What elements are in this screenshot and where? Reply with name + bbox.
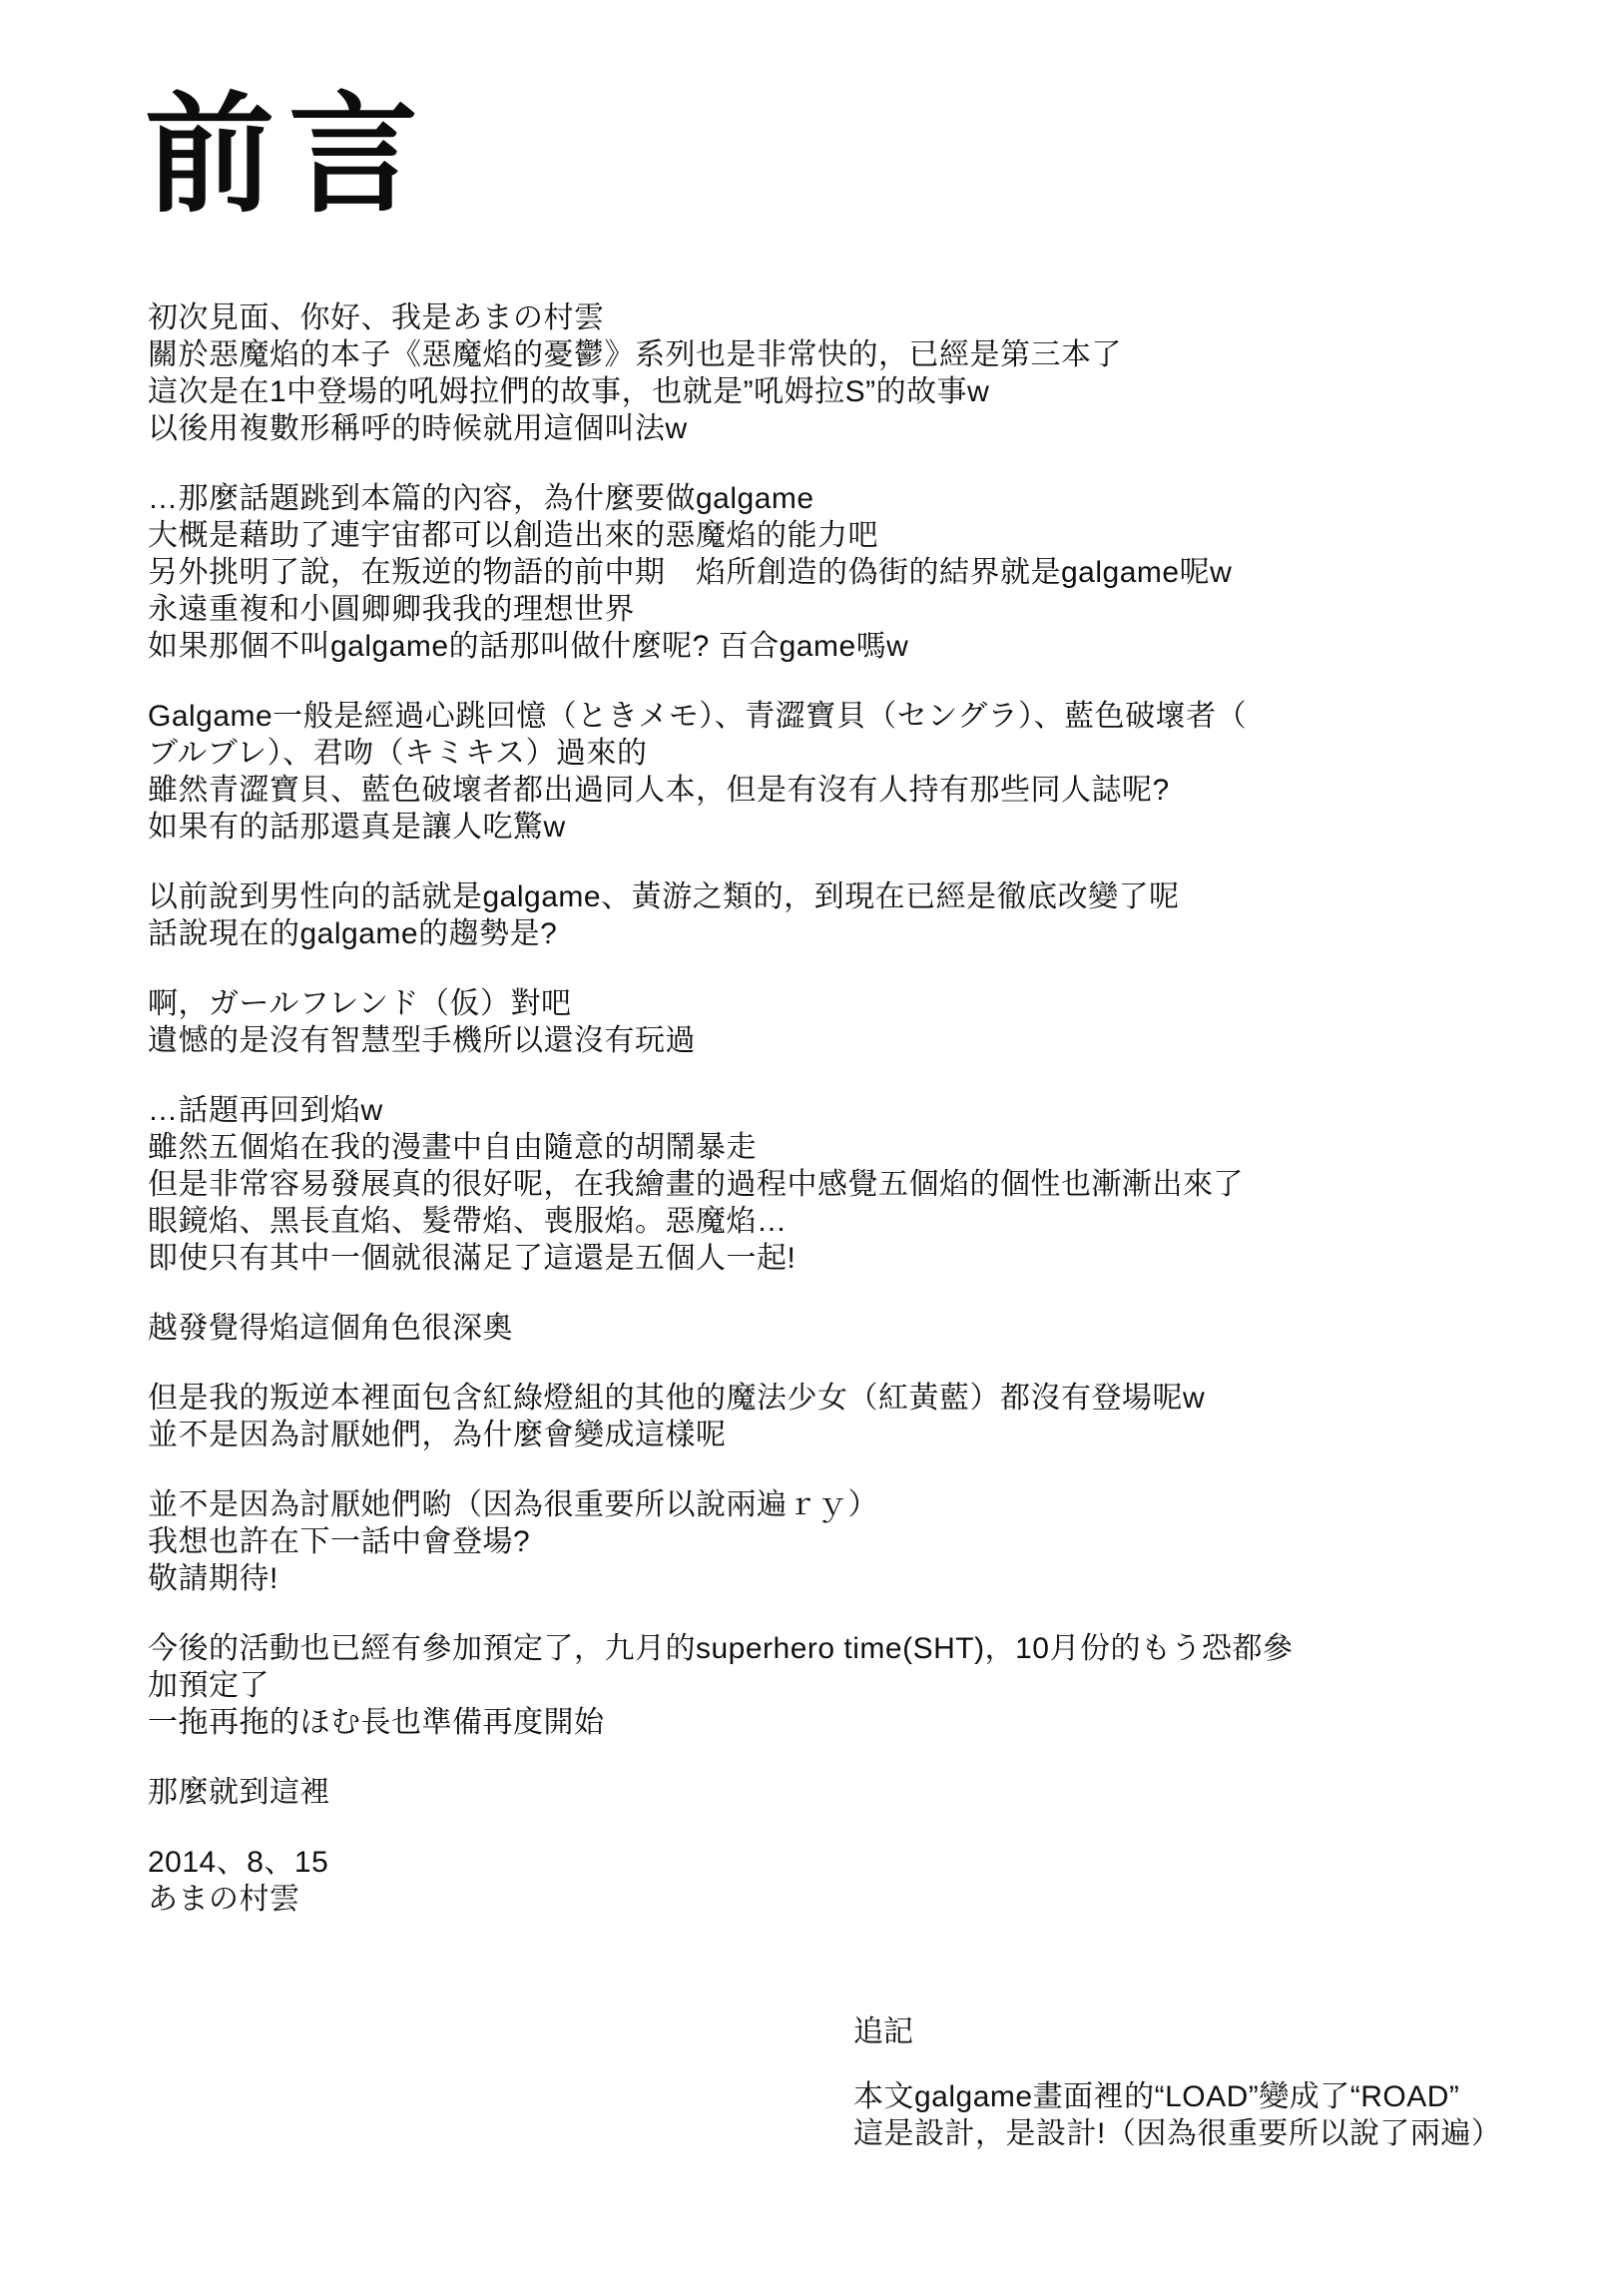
postscript-body: 本文galgame畫面裡的“LOAD”變成了“ROAD” 這是設計，是設計!（因… xyxy=(853,2078,1545,2152)
text-line: 即使只有其中一個就很滿足了這還是五個人一起! xyxy=(148,1240,1545,1277)
text-line: 關於惡魔焰的本子《惡魔焰的憂鬱》系列也是非常快的，已經是第三本了 xyxy=(148,336,1545,373)
text-line: 但是我的叛逆本裡面包含紅綠燈組的其他的魔法少女（紅黃藍）都沒有登場呢w xyxy=(148,1380,1545,1417)
paragraph-trend: 以前說到男性向的話就是galgame、黃游之類的，到現在已經是徹底改變了呢 話說… xyxy=(148,878,1545,952)
preface-page: 前言 初次見面、你好、我是あまの村雲 關於惡魔焰的本子《惡魔焰的憂鬱》系列也是非… xyxy=(0,0,1597,2296)
postscript-heading: 追記 xyxy=(853,2013,1545,2050)
text-line: 並不是因為討厭她們，為什麼會變成這樣呢 xyxy=(148,1417,1545,1453)
text-line: …話題再回到焰w xyxy=(148,1092,1545,1129)
text-line: 如果有的話那還真是讓人吃驚w xyxy=(148,809,1545,846)
text-line: 越發覺得焰這個角色很深奧 xyxy=(148,1310,1545,1347)
text-line: 我想也許在下一話中會登場? xyxy=(148,1523,1545,1560)
text-line: 另外挑明了說，在叛逆的物語的前中期 焰所創造的偽街的結界就是galgame呢w xyxy=(148,554,1545,591)
text-line: 啊，ガールフレンド（仮）對吧 xyxy=(148,985,1545,1022)
text-line: 這是設計，是設計!（因為很重要所以說了兩遍） xyxy=(853,2115,1545,2152)
text-line: 以前說到男性向的話就是galgame、黃游之類的，到現在已經是徹底改變了呢 xyxy=(148,878,1545,915)
text-line: 本文galgame畫面裡的“LOAD”變成了“ROAD” xyxy=(853,2078,1545,2115)
paragraph-back-to-homura: …話題再回到焰w 雖然五個焰在我的漫畫中自由隨意的胡鬧暴走 但是非常容易發展真的… xyxy=(148,1092,1545,1277)
text-line: Galgame一般是經過心跳回憶（ときメモ）、青澀寶貝（セングラ）、藍色破壞者（ xyxy=(148,698,1545,735)
page-title: 前言 xyxy=(145,90,1597,220)
postscript: 追記 本文galgame畫面裡的“LOAD”變成了“ROAD” 這是設計，是設計… xyxy=(853,2013,1545,2152)
text-line: 以後用複數形稱呼的時候就用這個叫法w xyxy=(148,410,1545,447)
text-line: 但是非常容易發展真的很好呢，在我繪畫的過程中感覺五個焰的個性也漸漸出來了 xyxy=(148,1166,1545,1203)
text-line: 永遠重複和小圓卿卿我我的理想世界 xyxy=(148,591,1545,628)
text-line: ブルブレ）、君吻（キミキス）過來的 xyxy=(148,735,1545,772)
text-line: 雖然青澀寶貝、藍色破壞者都出過同人本，但是有沒有人持有那些同人誌呢? xyxy=(148,772,1545,809)
text-line: …那麼話題跳到本篇的內容，為什麼要做galgame xyxy=(148,480,1545,517)
text-line: 大概是藉助了連宇宙都可以創造出來的惡魔焰的能力吧 xyxy=(148,517,1545,554)
text-line: 如果那個不叫galgame的話那叫做什麼呢? 百合game嗎w xyxy=(148,628,1545,665)
paragraph-closing: 那麼就到這裡 xyxy=(148,1774,1545,1811)
paragraph-why-galgame: …那麼話題跳到本篇的內容，為什麼要做galgame 大概是藉助了連宇宙都可以創造… xyxy=(148,480,1545,665)
text-line: 遺憾的是沒有智慧型手機所以還沒有玩過 xyxy=(148,1022,1545,1059)
text-line: 加預定了 xyxy=(148,1667,1545,1704)
text-line: 這次是在1中登場的吼姆拉們的故事，也就是”吼姆拉S”的故事w xyxy=(148,373,1545,410)
preface-body: 初次見面、你好、我是あまの村雲 關於惡魔焰的本子《惡魔焰的憂鬱》系列也是非常快的… xyxy=(148,299,1545,2152)
paragraph-deep-character: 越發覺得焰這個角色很深奧 xyxy=(148,1310,1545,1347)
paragraph-girlfriend-kari: 啊，ガールフレンド（仮）對吧 遺憾的是沒有智慧型手機所以還沒有玩過 xyxy=(148,985,1545,1059)
paragraph-future-events: 今後的活動也已經有參加預定了，九月的superhero time(SHT)，10… xyxy=(148,1630,1545,1741)
text-line: 話說現在的galgame的趨勢是? xyxy=(148,915,1545,952)
paragraph-greeting: 初次見面、你好、我是あまの村雲 關於惡魔焰的本子《惡魔焰的憂鬱》系列也是非常快的… xyxy=(148,299,1545,447)
text-line: 雖然五個焰在我的漫畫中自由隨意的胡鬧暴走 xyxy=(148,1129,1545,1166)
signature-block: 2014、8、15 あまの村雲 xyxy=(148,1844,1545,1918)
text-line: 一拖再拖的ほむ長也準備再度開始 xyxy=(148,1704,1545,1741)
text-line: 並不是因為討厭她們喲（因為很重要所以說兩遍ｒｙ） xyxy=(148,1486,1545,1523)
text-line: 今後的活動也已經有參加預定了，九月的superhero time(SHT)，10… xyxy=(148,1630,1545,1667)
text-line: 那麼就到這裡 xyxy=(148,1774,1545,1811)
paragraph-not-hate: 並不是因為討厭她們喲（因為很重要所以說兩遍ｒｙ） 我想也許在下一話中會登場? 敬… xyxy=(148,1486,1545,1597)
text-line: 初次見面、你好、我是あまの村雲 xyxy=(148,299,1545,336)
paragraph-other-girls: 但是我的叛逆本裡面包含紅綠燈組的其他的魔法少女（紅黃藍）都沒有登場呢w 並不是因… xyxy=(148,1380,1545,1453)
paragraph-galgame-history: Galgame一般是經過心跳回憶（ときメモ）、青澀寶貝（セングラ）、藍色破壞者（… xyxy=(148,698,1545,846)
author-name: あまの村雲 xyxy=(148,1881,1545,1918)
date-line: 2014、8、15 xyxy=(148,1844,1545,1881)
text-line: 眼鏡焰、黑長直焰、髮帶焰、喪服焰。惡魔焰… xyxy=(148,1203,1545,1240)
text-line: 敬請期待! xyxy=(148,1560,1545,1597)
